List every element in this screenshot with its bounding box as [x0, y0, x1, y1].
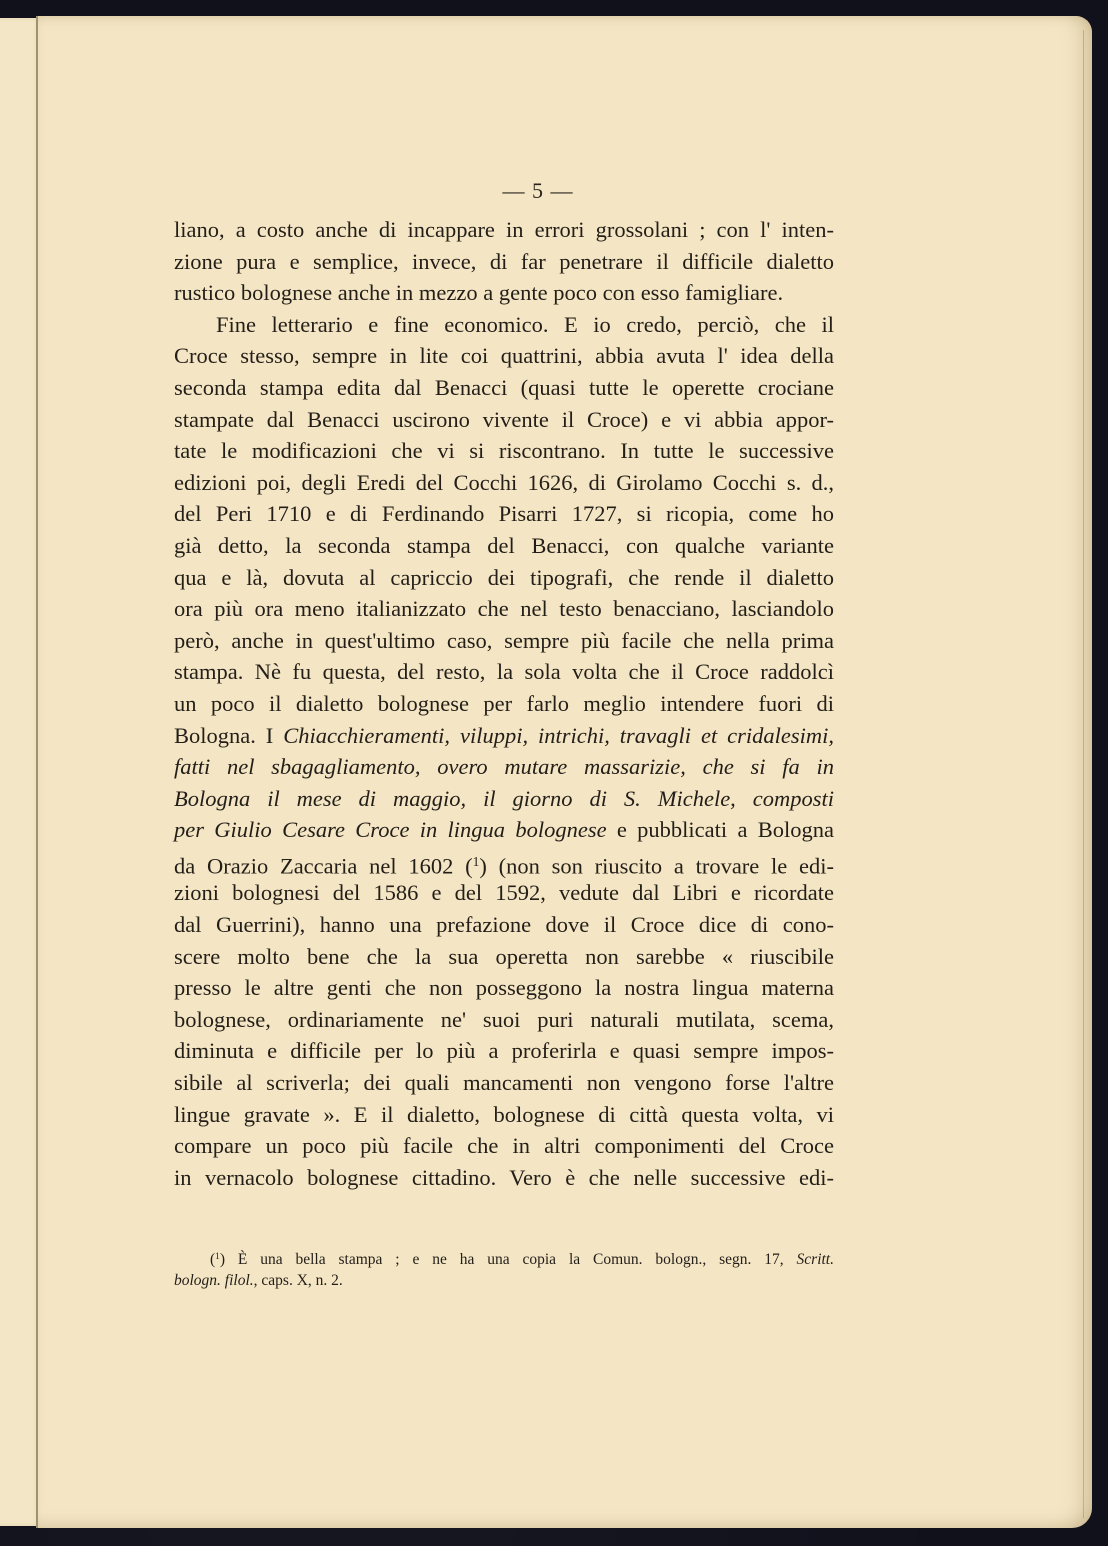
- body-line: stampa. Nè fu questa, del resto, la sola…: [174, 656, 834, 688]
- text: però, anche in quest'ultimo caso, sempre…: [174, 628, 834, 653]
- book-page: — 5 — liano, a costo anche di incappare …: [36, 16, 1092, 1528]
- italic-text: per Giulio Cesare Croce in lingua bologn…: [174, 817, 607, 842]
- text: bolognese, ordinariamente ne' suoi puri …: [174, 1007, 834, 1032]
- footnote-line: bologn. filol., caps. X, n. 2.: [174, 1269, 834, 1292]
- text: un poco il dialetto bolognese per farlo …: [174, 691, 834, 716]
- body-line: rustico bolognese anche in mezzo a gente…: [174, 277, 834, 309]
- italic-text: bologn. filol.: [174, 1272, 254, 1289]
- body-line: Fine letterario e fine economico. E io c…: [174, 309, 834, 341]
- body-line: seconda stampa edita dal Benacci (quasi …: [174, 372, 834, 404]
- body-line: per Giulio Cesare Croce in lingua bologn…: [174, 814, 834, 846]
- text: compare un poco più facile che in altri …: [174, 1133, 834, 1158]
- body-line: già detto, la seconda stampa del Benacci…: [174, 530, 834, 562]
- footnote-line: (1) È una bella stampa ; e ne ha una cop…: [174, 1246, 834, 1269]
- text: , caps. X, n. 2.: [254, 1272, 343, 1289]
- text: sibile al scriverla; dei quali mancament…: [174, 1070, 834, 1095]
- text: presso le altre genti che non posseggono…: [174, 975, 834, 1000]
- text: del Peri 1710 e di Ferdinando Pisarri 17…: [174, 501, 834, 526]
- body-line: zioni bolognesi del 1586 e del 1592, ved…: [174, 877, 834, 909]
- text: e pubblicati a Bologna: [607, 817, 834, 842]
- text: tate le modificazioni che vi si riscontr…: [174, 438, 834, 463]
- body-line: tate le modificazioni che vi si riscontr…: [174, 435, 834, 467]
- text: zioni bolognesi del 1586 e del 1592, ved…: [174, 880, 834, 905]
- body-line: qua e là, dovuta al capriccio dei tipogr…: [174, 562, 834, 594]
- text: dal Guerrini), hanno una prefazione dove…: [174, 912, 834, 937]
- text: da Orazio Zaccaria nel 1602 (: [174, 853, 473, 878]
- footnote: (1) È una bella stampa ; e ne ha una cop…: [174, 1246, 834, 1292]
- text: lingue gravate ». E il dialetto, bologne…: [174, 1102, 834, 1127]
- italic-text: Bologna il mese di maggio, il giorno di …: [174, 786, 834, 811]
- body-line: diminuta e difficile per lo più a profer…: [174, 1035, 834, 1067]
- text: in vernacolo bolognese cittadino. Vero è…: [174, 1165, 834, 1190]
- text: liano, a costo anche di incappare in err…: [174, 217, 834, 242]
- text: rustico bolognese anche in mezzo a gente…: [174, 280, 783, 305]
- body-line: dal Guerrini), hanno una prefazione dove…: [174, 909, 834, 941]
- body-line: ora più ora meno italianizzato che nel t…: [174, 593, 834, 625]
- body-line: bolognese, ordinariamente ne' suoi puri …: [174, 1004, 834, 1036]
- text: ora più ora meno italianizzato che nel t…: [174, 596, 834, 621]
- body-line: Bologna. I Chiacchieramenti, viluppi, in…: [174, 720, 834, 752]
- body-text: liano, a costo anche di incappare in err…: [174, 214, 834, 1193]
- text: già detto, la seconda stampa del Benacci…: [174, 533, 834, 558]
- text: Bologna. I: [174, 723, 283, 748]
- body-line: edizioni poi, degli Eredi del Cocchi 162…: [174, 467, 834, 499]
- body-line: da Orazio Zaccaria nel 1602 (1) (non son…: [174, 846, 834, 878]
- body-line: stampate dal Benacci uscirono vivente il…: [174, 404, 834, 436]
- text: ) È una bella stampa ; e ne ha una copia…: [220, 1251, 797, 1268]
- body-line: del Peri 1710 e di Ferdinando Pisarri 17…: [174, 498, 834, 530]
- text: Croce stesso, sempre in lite coi quattri…: [174, 343, 834, 368]
- body-line: presso le altre genti che non posseggono…: [174, 972, 834, 1004]
- body-line: compare un poco più facile che in altri …: [174, 1130, 834, 1162]
- body-line: Bologna il mese di maggio, il giorno di …: [174, 783, 834, 815]
- text: edizioni poi, degli Eredi del Cocchi 162…: [174, 470, 834, 495]
- body-line: scere molto bene che la sua operetta non…: [174, 941, 834, 973]
- body-line: fatti nel sbagagliamento, overo mutare m…: [174, 751, 834, 783]
- text: stampate dal Benacci uscirono vivente il…: [174, 407, 834, 432]
- text: seconda stampa edita dal Benacci (quasi …: [174, 375, 834, 400]
- text: zione pura e semplice, invece, di far pe…: [174, 249, 834, 274]
- body-line: zione pura e semplice, invece, di far pe…: [174, 246, 834, 278]
- page-number: — 5 —: [38, 178, 1038, 204]
- text: stampa. Nè fu questa, del resto, la sola…: [174, 659, 834, 684]
- body-line: Croce stesso, sempre in lite coi quattri…: [174, 340, 834, 372]
- italic-text: fatti nel sbagagliamento, overo mutare m…: [174, 754, 834, 779]
- body-line: liano, a costo anche di incappare in err…: [174, 214, 834, 246]
- text: ) (non son riuscito a trovare le edi-: [479, 853, 834, 878]
- body-line: lingue gravate ». E il dialetto, bologne…: [174, 1099, 834, 1131]
- body-line: sibile al scriverla; dei quali mancament…: [174, 1067, 834, 1099]
- italic-text: Scritt.: [797, 1251, 834, 1268]
- body-line: in vernacolo bolognese cittadino. Vero è…: [174, 1162, 834, 1194]
- text: qua e là, dovuta al capriccio dei tipogr…: [174, 565, 834, 590]
- italic-text: Chiacchieramenti, viluppi, intrichi, tra…: [283, 723, 834, 748]
- body-line: però, anche in quest'ultimo caso, sempre…: [174, 625, 834, 657]
- text: diminuta e difficile per lo più a profer…: [174, 1038, 834, 1063]
- text: scere molto bene che la sua operetta non…: [174, 944, 834, 969]
- previous-page-edge: [0, 18, 41, 1526]
- text: Fine letterario e fine economico. E io c…: [216, 312, 834, 337]
- body-line: un poco il dialetto bolognese per farlo …: [174, 688, 834, 720]
